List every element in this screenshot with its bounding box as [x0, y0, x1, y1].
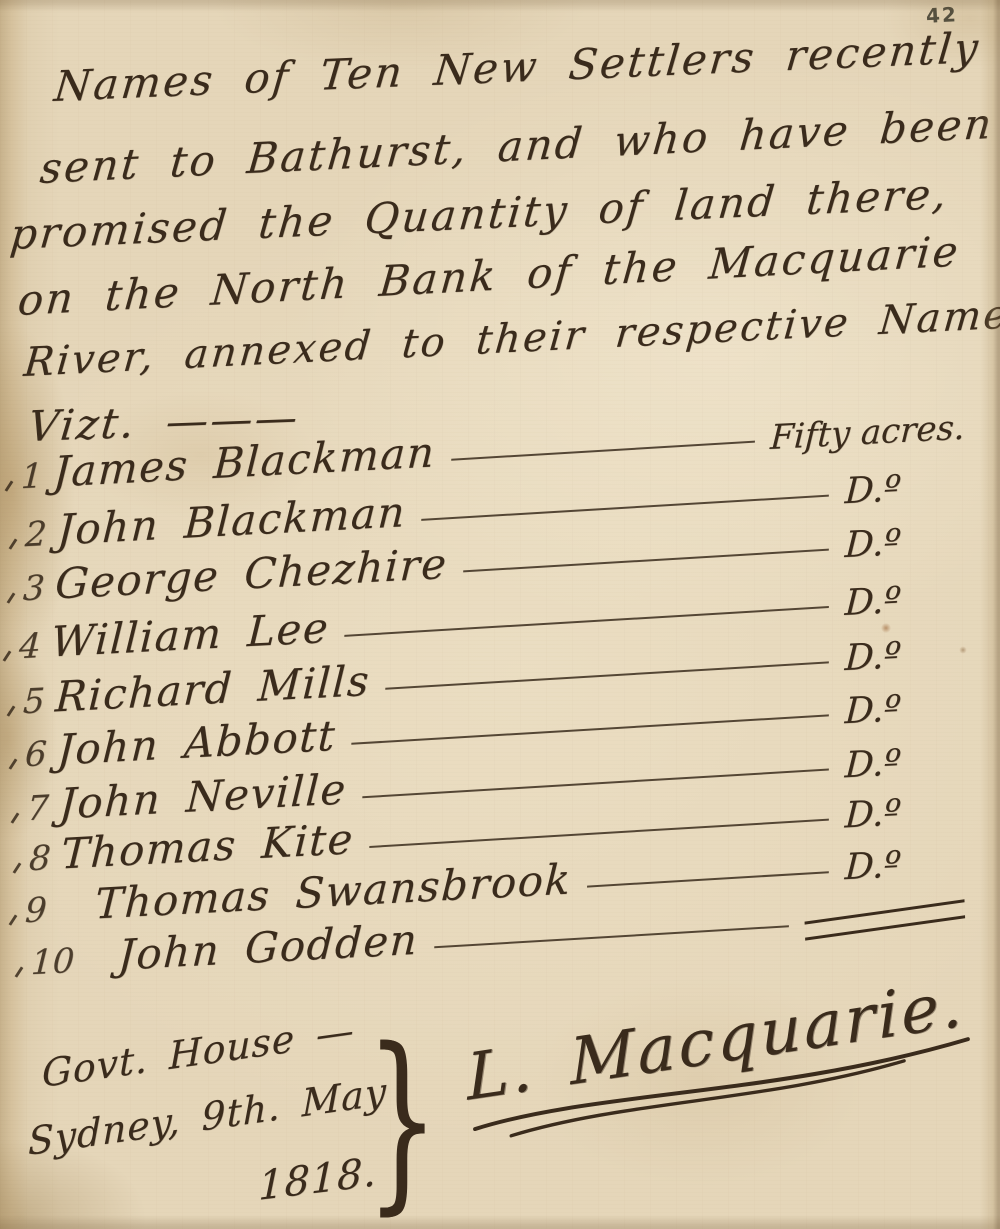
land-quantity: D.º	[844, 685, 966, 732]
land-quantity: D.º	[844, 739, 966, 786]
dash-line	[422, 494, 829, 520]
entry-number: 2	[10, 513, 58, 556]
dash-line	[451, 440, 754, 460]
dash-line	[463, 548, 829, 572]
dash-line	[434, 925, 789, 948]
land-quantity: D.º	[844, 577, 966, 624]
entry-number: 4	[4, 625, 52, 668]
entry-number: 10	[16, 941, 64, 984]
land-quantity: D.º	[844, 519, 966, 566]
land-quantity: D.º	[844, 789, 966, 836]
entry-number: 5	[8, 680, 56, 723]
entry-number: 3	[8, 567, 56, 610]
land-quantity: D.º	[844, 632, 966, 679]
entry-number: 1	[6, 455, 54, 498]
entry-number: 9	[10, 889, 58, 932]
curly-brace: }	[366, 1008, 438, 1229]
entry-number: 8	[14, 837, 62, 880]
entry-number: 6	[10, 733, 58, 776]
land-quantity: D.º	[844, 465, 966, 512]
entry-number: 7	[12, 787, 60, 830]
dash-line	[587, 871, 829, 887]
land-quantity: D.º	[844, 841, 966, 888]
ditto-double-line-icon	[805, 899, 966, 940]
